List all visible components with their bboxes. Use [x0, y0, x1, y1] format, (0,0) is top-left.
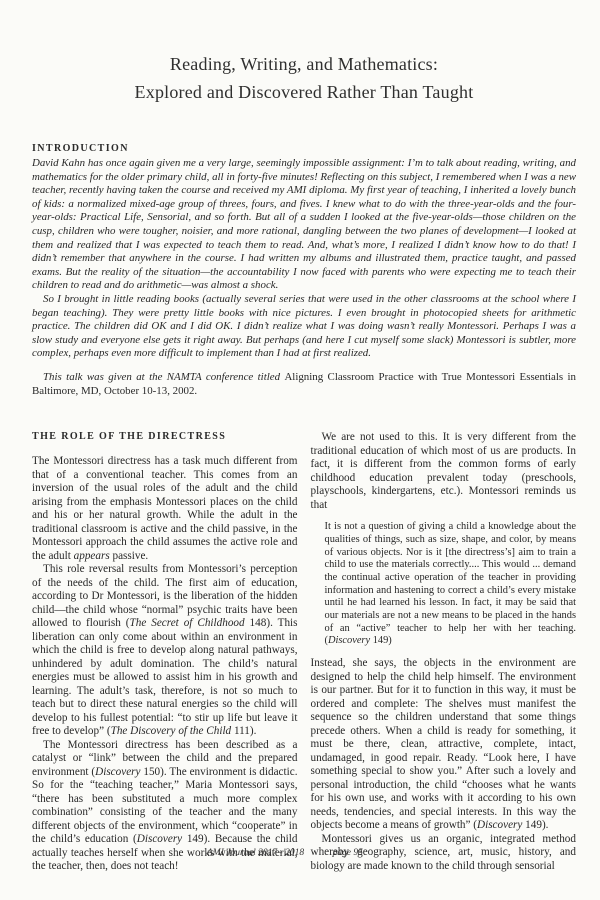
right-paragraph-1: We are not used to this. It is very diff… [311, 431, 577, 512]
left-paragraph-1: The Montessori directress has a task muc… [32, 455, 298, 563]
article-title: Reading, Writing, and Mathematics: Explo… [32, 50, 576, 106]
introduction-heading: INTRODUCTION [32, 143, 576, 154]
conference-note: This talk was given at the NAMTA confere… [32, 371, 576, 398]
introduction-paragraph-2: So I brought in little reading books (ac… [32, 293, 576, 361]
journal-page: Reading, Writing, and Mathematics: Explo… [0, 0, 600, 900]
page-footer: AMI Journal 2017 - 2018 page 95 [207, 848, 363, 858]
block-quote: It is not a question of giving a child a… [325, 521, 577, 648]
journal-name: AMI Journal 2017 - 2018 [207, 848, 304, 858]
page-number: page 95 [332, 848, 362, 858]
article-title-line2: Explored and Discovered Rather Than Taug… [32, 78, 576, 106]
article-title-line1: Reading, Writing, and Mathematics: [32, 50, 576, 78]
two-column-body: THE ROLE OF THE DIRECTRESS The Montessor… [32, 431, 576, 874]
left-column: THE ROLE OF THE DIRECTRESS The Montessor… [32, 431, 298, 874]
right-column: We are not used to this. It is very diff… [311, 431, 577, 874]
introduction-paragraph-1: David Kahn has once again given me a ver… [32, 157, 576, 293]
right-paragraph-2: Instead, she says, the objects in the en… [311, 657, 577, 833]
left-paragraph-2: This role reversal results from Montesso… [32, 563, 298, 739]
section-heading: THE ROLE OF THE DIRECTRESS [32, 431, 298, 442]
